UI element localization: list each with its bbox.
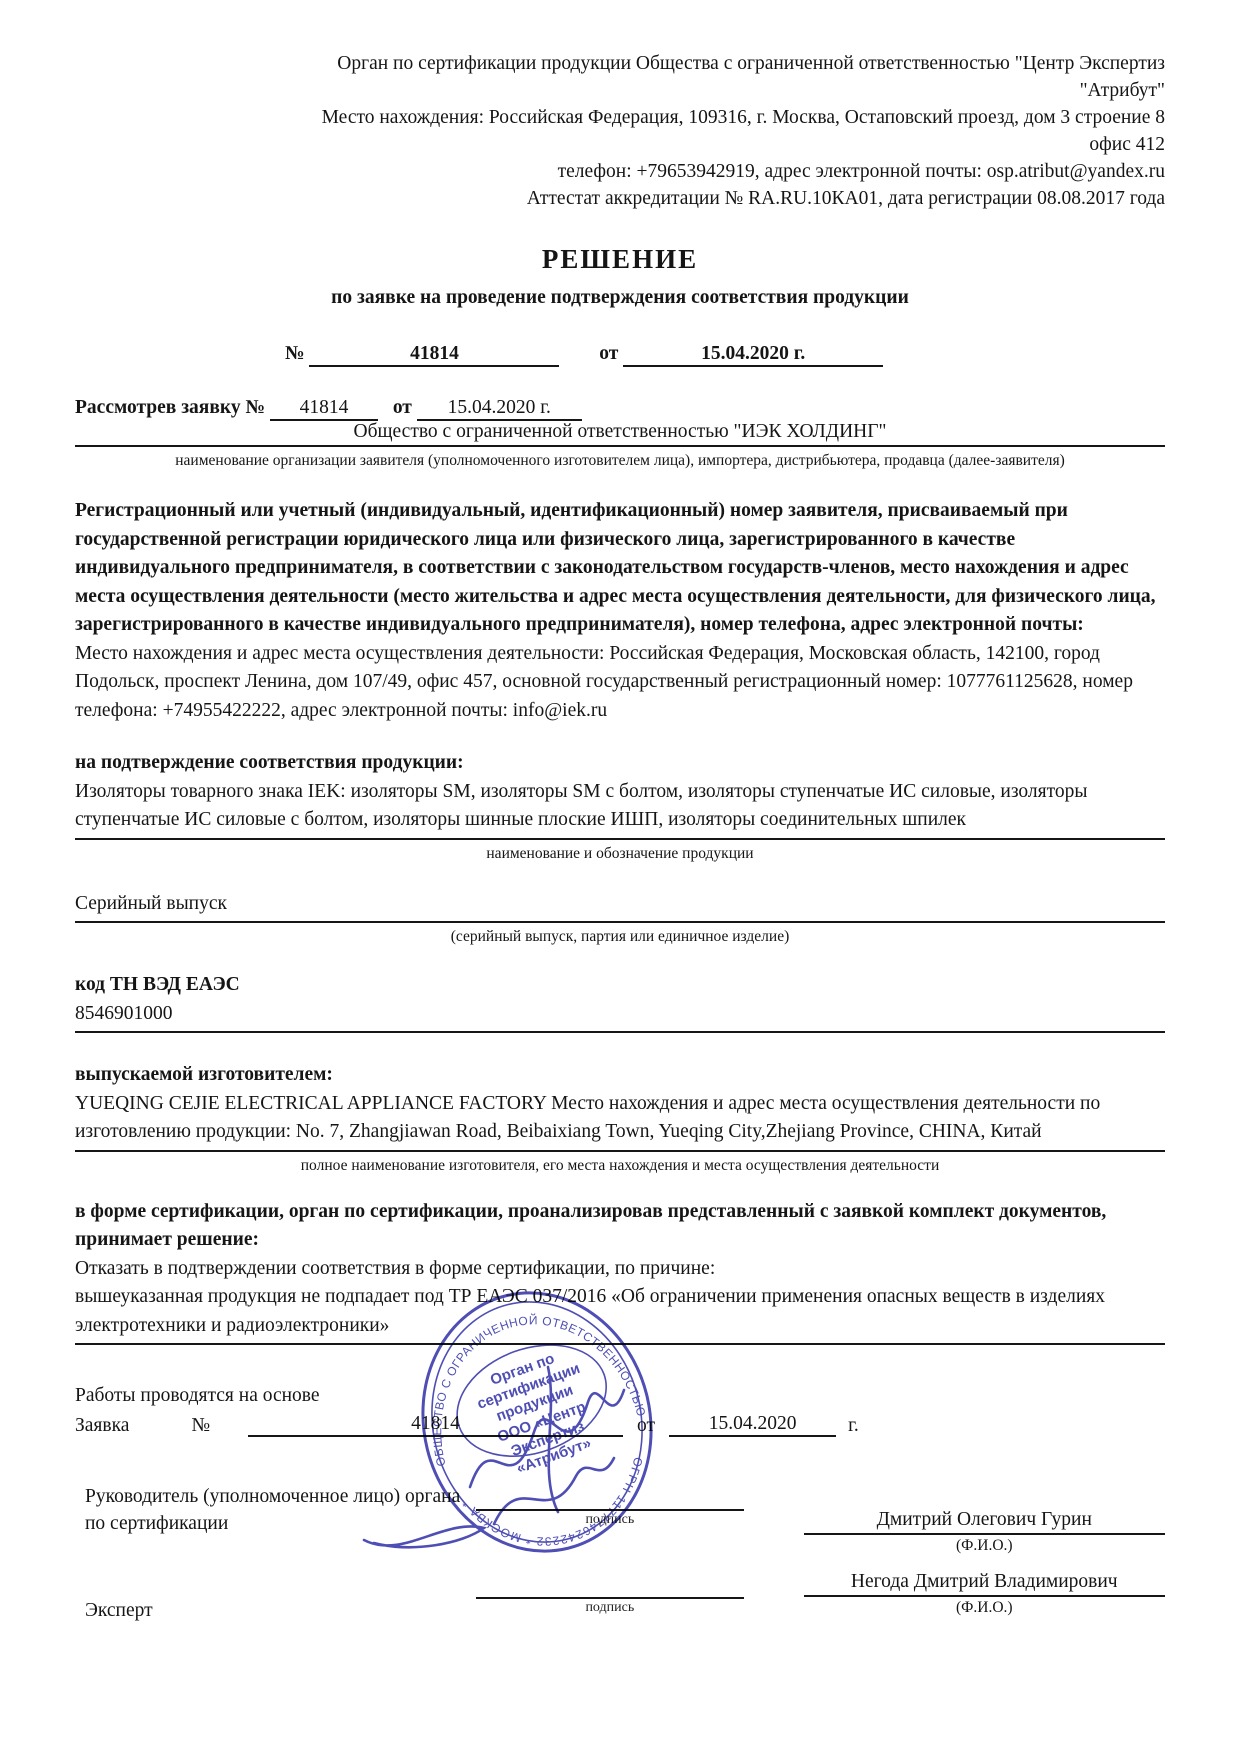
head-signature-line: [476, 1483, 743, 1511]
product-description: Изоляторы товарного знака IEK: изоляторы…: [75, 778, 1165, 840]
header-line-4: офис 412: [75, 131, 1165, 158]
basis-block: Работы проводятся на основе Заявка № 418…: [75, 1385, 1165, 1437]
header-line-2: "Атрибут": [75, 77, 1165, 104]
basis-application-row: Заявка № 41814 от 15.04.2020 г.: [75, 1413, 1165, 1437]
registration-value-text: Место нахождения и адрес места осуществл…: [75, 640, 1165, 726]
zayavka-ot-label: от: [637, 1415, 655, 1437]
decision-number-value: 41814: [309, 343, 559, 367]
application-line: Рассмотрев заявку № 41814 от 15.04.2020 …: [75, 397, 1165, 421]
expert-signature-row: Эксперт подпись Негода Дмитрий Владимиро…: [75, 1571, 1165, 1624]
expert-signature-label: Эксперт: [75, 1571, 481, 1624]
header-line-3: Место нахождения: Российская Федерация, …: [75, 104, 1165, 131]
manufacturer-text: YUEQING CEJIE ELECTRICAL APPLIANCE FACTO…: [75, 1090, 1165, 1152]
basis-line: Работы проводятся на основе: [75, 1385, 1165, 1407]
head-name: Дмитрий Олегович Гурин: [804, 1509, 1165, 1535]
applicant-caption: наименование организации заявителя (упол…: [75, 450, 1165, 471]
ot-label: от: [599, 343, 618, 364]
header-line-5: телефон: +79653942919, адрес электронной…: [75, 158, 1165, 185]
release-caption: (серийный выпуск, партия или единичное и…: [75, 926, 1165, 947]
zayavka-number: 41814: [248, 1413, 623, 1437]
head-signature-label: Руководитель (уполномоченное лицо) орган…: [75, 1483, 481, 1555]
document-subtitle: по заявке на проведение подтверждения со…: [75, 287, 1165, 309]
manufacturer-caption: полное наименование изготовителя, его ме…: [75, 1155, 1165, 1176]
tnved-heading: код ТН ВЭД ЕАЭС: [75, 971, 1165, 1000]
head-signature-caption: подпись: [476, 1512, 743, 1528]
head-fio-caption: (Ф.И.О.): [804, 1537, 1165, 1555]
zayavka-label: Заявка: [75, 1415, 129, 1437]
expert-signature-line: [476, 1571, 743, 1599]
svg-text:«Атрибут»: «Атрибут»: [514, 1435, 593, 1478]
product-caption: наименование и обозначение продукции: [75, 843, 1165, 864]
expert-signature-area: подпись: [476, 1571, 743, 1624]
head-signature-row: Руководитель (уполномоченное лицо) орган…: [75, 1483, 1165, 1555]
application-ot-label: от: [393, 397, 412, 418]
application-prefix: Рассмотрев заявку №: [75, 397, 265, 418]
header-line-6: Аттестат аккредитации № RA.RU.10КА01, да…: [75, 185, 1165, 212]
decision-reason-line: вышеуказанная продукция не подпадает под…: [75, 1283, 1165, 1345]
registration-requirements-text: Регистрационный или учетный (индивидуаль…: [75, 497, 1165, 640]
expert-fio-caption: (Ф.И.О.): [804, 1599, 1165, 1617]
document-page: Орган по сертификации продукции Общества…: [0, 0, 1240, 1755]
certification-body-header: Орган по сертификации продукции Общества…: [75, 50, 1165, 212]
svg-text:Орган по: Орган по: [488, 1350, 557, 1389]
header-line-1: Орган по сертификации продукции Общества…: [75, 50, 1165, 77]
zayavka-g-label: г.: [848, 1415, 859, 1437]
decision-refusal-line: Отказать в подтверждении соответствия в …: [75, 1255, 1165, 1284]
application-date: 15.04.2020 г.: [417, 397, 582, 421]
decision-number-line: № 41814 от 15.04.2020 г.: [75, 343, 1165, 367]
manufacturer-heading: выпускаемой изготовителем:: [75, 1061, 1165, 1090]
application-number: 41814: [270, 397, 378, 421]
head-signature-area: подпись: [476, 1483, 743, 1555]
expert-signature-caption: подпись: [476, 1600, 743, 1616]
decision-date-value: 15.04.2020 г.: [623, 343, 883, 367]
decision-preamble: в форме сертификации, орган по сертифика…: [75, 1198, 1165, 1255]
tnved-code: 8546901000: [75, 1000, 1165, 1034]
expert-name: Негода Дмитрий Владимирович: [804, 1571, 1165, 1597]
expert-name-block: Негода Дмитрий Владимирович (Ф.И.О.): [804, 1571, 1165, 1624]
applicant-name: Общество с ограниченной ответственностью…: [75, 421, 1165, 447]
document-title: РЕШЕНИЕ: [75, 244, 1165, 275]
number-sign-label: №: [285, 343, 305, 364]
release-type: Серийный выпуск: [75, 890, 1165, 924]
zayavka-number-sign: №: [191, 1415, 210, 1437]
product-heading: на подтверждение соответствия продукции:: [75, 749, 1165, 778]
head-name-block: Дмитрий Олегович Гурин (Ф.И.О.): [804, 1483, 1165, 1555]
zayavka-date: 15.04.2020: [669, 1413, 836, 1437]
